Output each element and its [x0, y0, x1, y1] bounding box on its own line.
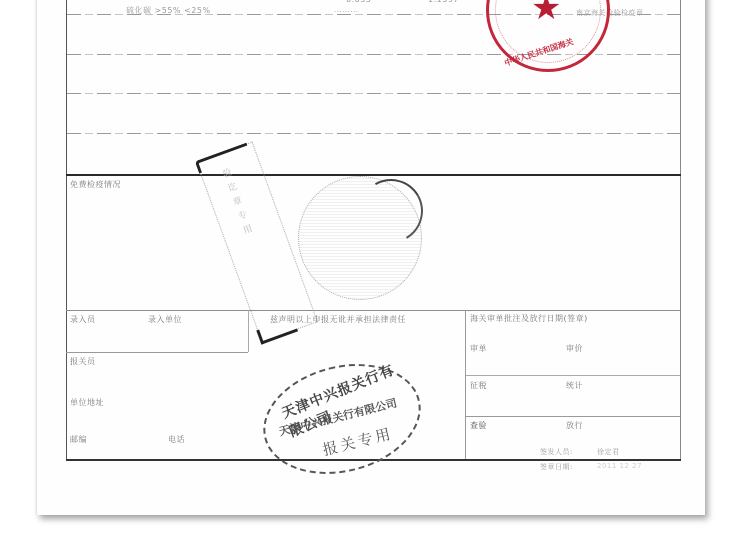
value-2: 1.1597	[428, 0, 459, 4]
declaration-text: 兹声明以上申报无讹并承担法律责任	[270, 314, 406, 325]
unit-address-label: 单位地址	[70, 397, 104, 408]
entry-subbox-bottom-line	[66, 352, 248, 353]
issue-date-label: 签章日期:	[540, 462, 573, 472]
entry-clerk-label: 录入员	[70, 314, 96, 325]
postcode-label: 邮编	[70, 434, 87, 445]
row-divider-4	[67, 133, 680, 134]
entry-section-top-line	[66, 310, 681, 311]
review-title: 海关审单批注及放行日期(签章)	[470, 313, 588, 324]
review-row-3-right: 放行	[566, 420, 583, 431]
review-row-line-1	[466, 375, 680, 376]
review-row-1-right: 审价	[566, 343, 583, 354]
issuer-value: 徐定君	[597, 447, 620, 457]
inspection-label: 免费检疫情况	[70, 179, 121, 190]
review-row-3-left: 查验	[470, 420, 487, 431]
rect-stamp-text: 验讫章专用	[221, 164, 260, 239]
issuer-label: 签发人员:	[540, 447, 573, 457]
faded-round-seal	[298, 176, 422, 300]
review-row-2-right: 统计	[566, 380, 583, 391]
review-row-2-left: 征税	[470, 380, 487, 391]
table-right-border	[680, 0, 681, 461]
entry-unit-label: 录入单位	[148, 314, 182, 325]
review-row-1-left: 审单	[470, 343, 487, 354]
oval-stamp-line-3: 报关专用	[320, 422, 395, 460]
review-row-line-2	[466, 416, 680, 417]
section-divider	[66, 174, 681, 176]
table-left-border	[66, 0, 67, 461]
phone-label: 电话	[168, 434, 185, 445]
entry-subbox-right-border	[248, 310, 249, 352]
review-column-left-border	[465, 310, 466, 461]
star-icon: ★	[531, 0, 561, 25]
row-divider-3	[67, 93, 680, 94]
value-1: 0.035	[346, 0, 371, 4]
issue-date-value: 2011 12 27	[597, 462, 642, 470]
customs-broker-label: 报关员	[70, 356, 96, 367]
